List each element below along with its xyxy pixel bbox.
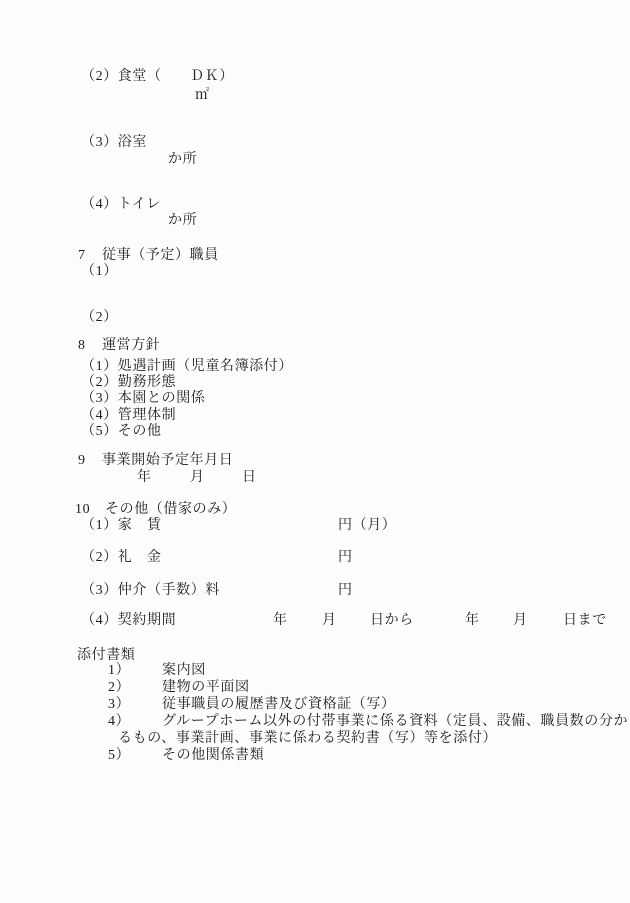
section10-item1-unit: 円（月） [338, 518, 396, 533]
attachment2-number: 2） [108, 680, 130, 695]
item4-toilet-count-unit: か所 [168, 213, 197, 228]
section9-year-label: 年 [137, 470, 152, 485]
attachment4-label: グループホーム以外の付帯事業に係る資料（定員、設備、職員数の分か [162, 714, 628, 729]
attachment4-number: 4） [108, 714, 130, 729]
attachment3-number: 3） [108, 697, 130, 712]
section8-item3: （3）本園との関係 [81, 391, 205, 406]
attachment4-continued: るもの、事業計画、事業に係わる契約書（写）等を添付） [118, 731, 497, 746]
section10-item4-label: （4）契約期間 [81, 613, 176, 628]
item2-dining-label: （2）食堂（ [81, 69, 162, 84]
attachment5-number: 5） [108, 748, 130, 763]
section10-title: その他（借家のみ） [105, 502, 236, 517]
section10-number: 10 [75, 502, 90, 517]
section10-item1-label: （1）家 賃 [81, 518, 162, 533]
item3-bathroom-count-unit: か所 [168, 152, 197, 167]
section7-number: 7 [78, 248, 86, 263]
section8-item2: （2）勤務形態 [81, 375, 176, 390]
section9-day-label: 日 [242, 470, 257, 485]
section10-item4-to-month: 月 [513, 613, 528, 628]
section8-item4: （4）管理体制 [81, 408, 176, 423]
attachment1-number: 1） [108, 663, 130, 678]
section10-item4-from-day: 日から [370, 613, 414, 628]
section10-item3-unit: 円 [338, 583, 353, 598]
item4-toilet-label: （4）トイレ [81, 197, 161, 212]
attachment5-label: その他関係書類 [162, 748, 264, 763]
item2-dining-dk: ＤＫ） [190, 69, 234, 84]
section8-item1: （1）処遇計画（児童名簿添付） [81, 359, 293, 374]
section7-title: 従事（予定）職員 [102, 248, 219, 263]
section10-item2-label: （2）礼 金 [81, 550, 162, 565]
section8-title: 運営方針 [102, 338, 160, 353]
item3-bathroom-label: （3）浴室 [81, 135, 147, 150]
section10-item4-to-year: 年 [465, 613, 480, 628]
attachments-heading: 添付書類 [77, 648, 135, 663]
attachment2-label: 建物の平面図 [162, 680, 250, 695]
section9-month-label: 月 [190, 470, 205, 485]
attachment3-label: 従事職員の履歴書及び資格証（写） [162, 697, 396, 712]
section10-item4-from-month: 月 [322, 613, 337, 628]
section10-item3-label: （3）仲介（手数）料 [81, 583, 220, 598]
attachment1-label: 案内図 [162, 663, 206, 678]
document-page: （2）食堂（ＤＫ）㎡（3）浴室か所（4）トイレか所7従事（予定）職員（1）（2）… [0, 0, 630, 903]
section9-title: 事業開始予定年月日 [102, 453, 233, 468]
section10-item4-from-year: 年 [273, 613, 288, 628]
section10-item2-unit: 円 [338, 550, 353, 565]
section8-number: 8 [78, 338, 86, 353]
section9-number: 9 [78, 453, 86, 468]
section10-item4-to-day: 日まで [563, 613, 607, 628]
section7-item1: （1） [81, 264, 118, 279]
section7-item2: （2） [81, 310, 118, 325]
item2-area-unit: ㎡ [195, 88, 210, 103]
section8-item5: （5）その他 [81, 424, 162, 439]
